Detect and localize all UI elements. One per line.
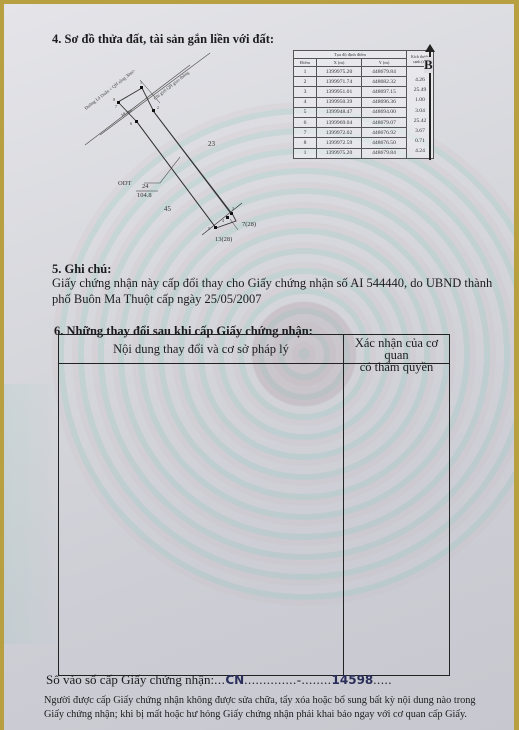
coord-row: 11399975.20448679.844.2625.491.003.0425.… <box>294 67 434 77</box>
svg-text:8: 8 <box>113 97 115 102</box>
authority-header-line-2: có thẩm quyền <box>344 361 449 373</box>
authority-header-line-1: Xác nhận của cơ quan <box>344 337 449 361</box>
svg-text:ODT: ODT <box>118 180 131 187</box>
svg-text:104.8: 104.8 <box>137 192 152 199</box>
footer-line-1: Người được cấp Giấy chứng nhận không đượ… <box>44 694 514 708</box>
watermark-edge <box>4 384 64 644</box>
svg-text:2: 2 <box>157 105 159 110</box>
svg-text:5: 5 <box>208 226 210 231</box>
col-authority-header: Xác nhận của cơ quan có thẩm quyền <box>344 337 449 373</box>
registration-value: 14598 <box>332 673 374 687</box>
column-divider <box>343 335 344 675</box>
svg-text:4: 4 <box>222 218 224 223</box>
svg-text:13(28): 13(28) <box>215 236 232 243</box>
svg-text:7: 7 <box>115 104 117 109</box>
registration-label: Số vào sổ cấp Giấy chứng nhận: <box>46 672 214 687</box>
section5-title: 5. Ghi chú: <box>52 262 111 277</box>
parcel-diagram: Đường Lê Duẩn < QH rộng 30m> Chỉ giới QH… <box>80 45 290 255</box>
north-arrow-icon <box>425 44 435 52</box>
note-line-1: Giấy chứng nhận này cấp đổi thay cho Giấ… <box>52 276 492 291</box>
svg-text:3: 3 <box>232 206 234 211</box>
svg-text:45: 45 <box>164 205 172 213</box>
svg-text:6: 6 <box>130 121 132 126</box>
col-changes-header: Nội dung thay đổi và cơ sở pháp lý <box>59 342 343 357</box>
registration-prefix: CN <box>225 673 244 687</box>
footer-warning: Người được cấp Giấy chứng nhận không đượ… <box>44 694 514 722</box>
svg-text:Chỉ giới QH giao thông: Chỉ giới QH giao thông <box>153 70 191 101</box>
svg-text:Đường Lê Duẩn < QH rộng 30m>: Đường Lê Duẩn < QH rộng 30m> <box>84 68 137 111</box>
certificate-page: 4. Sơ đồ thửa đất, tài sản gắn liền với … <box>4 4 514 730</box>
svg-text:7(28): 7(28) <box>242 221 256 228</box>
col-y: Y (m) <box>362 59 407 67</box>
footer-line-2: Giấy chứng nhận; khi bị mất hoặc hư hỏng… <box>44 708 514 722</box>
col-x: X (m) <box>317 59 362 67</box>
col-point: Điểm <box>294 59 317 67</box>
coordinates-table: Tọa độ định điểm Kích thước cạnh (m) Điể… <box>293 50 434 159</box>
svg-text:1: 1 <box>140 80 142 85</box>
svg-text:23: 23 <box>208 140 216 148</box>
north-label: B <box>424 57 433 73</box>
svg-text:24: 24 <box>142 183 149 190</box>
registration-number: Số vào sổ cấp Giấy chứng nhận:...CN.....… <box>46 672 392 688</box>
note-line-2: phố Buôn Ma Thuột cấp ngày 25/05/2007 <box>52 292 261 307</box>
changes-table: Nội dung thay đổi và cơ sở pháp lý Xác n… <box>58 334 450 676</box>
coords-table-title: Tọa độ định điểm <box>294 51 407 59</box>
